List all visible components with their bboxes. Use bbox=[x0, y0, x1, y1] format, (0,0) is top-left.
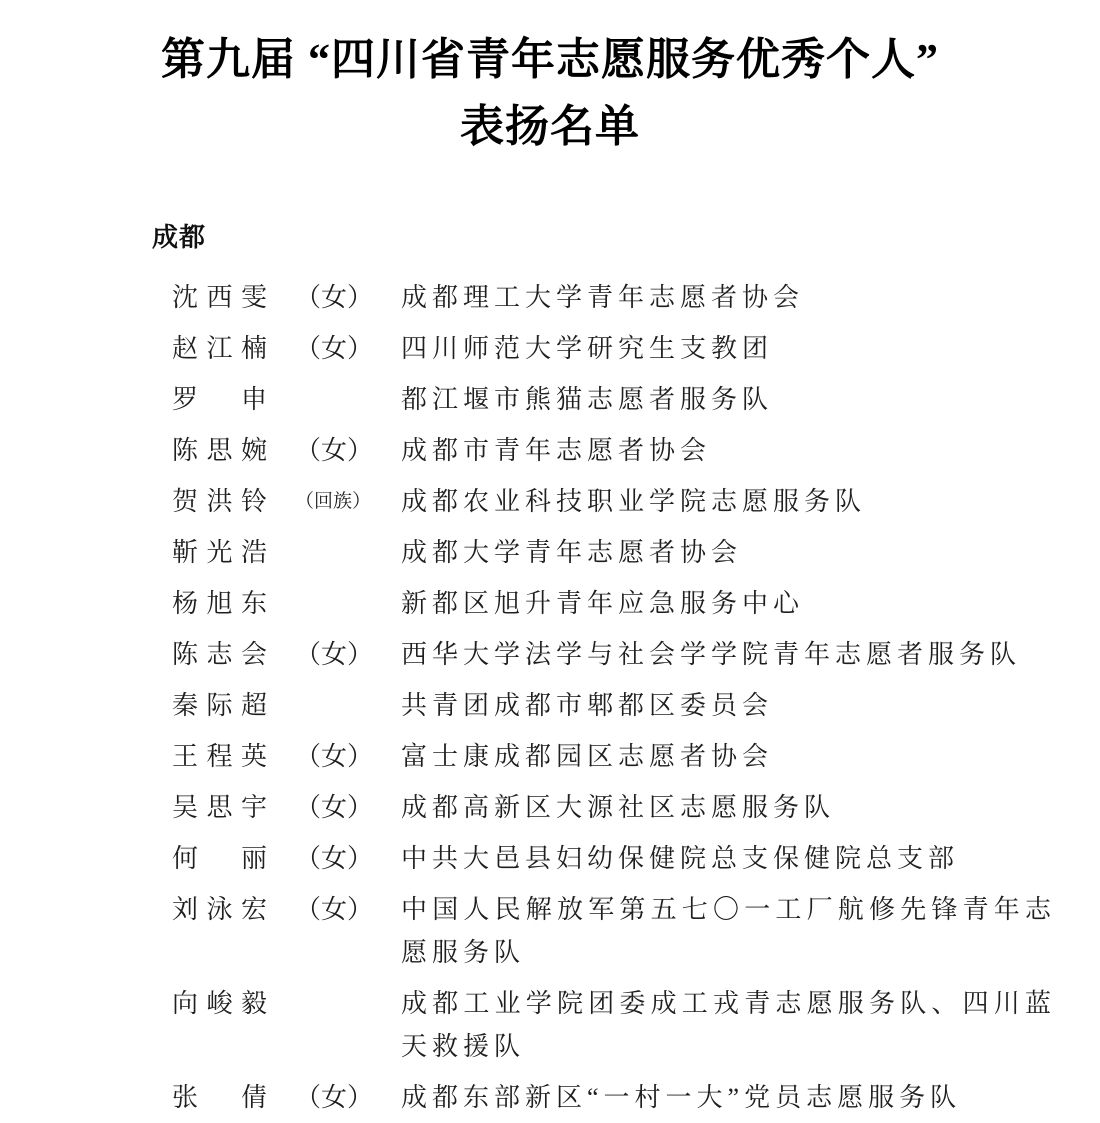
person-name: 赵江楠 bbox=[172, 327, 267, 370]
person-name: 张倩 bbox=[172, 1076, 267, 1119]
gender-ethnicity-note: （女） bbox=[295, 735, 381, 778]
list-item: 陈思婉 （女） 成都市青年志愿者协会 bbox=[172, 429, 1060, 472]
list-item: 靳光浩 成都大学青年志愿者协会 bbox=[172, 531, 1060, 574]
list-item: 陈志会 （女） 西华大学法学与社会学学院青年志愿者服务队 bbox=[172, 633, 1060, 676]
organization: 成都市青年志愿者协会 bbox=[401, 429, 1056, 472]
person-name: 陈思婉 bbox=[172, 429, 267, 472]
gender-ethnicity-note: （女） bbox=[295, 888, 381, 931]
list-item: 张倩 （女） 成都东部新区“一村一大”党员志愿服务队 bbox=[172, 1076, 1060, 1119]
list-item: 贺洪铃 （回族） 成都农业科技职业学院志愿服务队 bbox=[172, 480, 1060, 523]
list-item: 吴思宇 （女） 成都高新区大源社区志愿服务队 bbox=[172, 786, 1060, 829]
gender-ethnicity-note: （女） bbox=[295, 276, 381, 319]
gender-ethnicity-note: （女） bbox=[295, 786, 381, 829]
document-body: 成都 沈西雯 （女） 成都理工大学青年志愿者协会 赵江楠 （女） 四川师范大学研… bbox=[0, 222, 1100, 1119]
page-title-line2: 表扬名单 bbox=[0, 93, 1100, 160]
list-item: 沈西雯 （女） 成都理工大学青年志愿者协会 bbox=[172, 276, 1060, 319]
organization: 成都理工大学青年志愿者协会 bbox=[401, 276, 1056, 319]
award-list: 沈西雯 （女） 成都理工大学青年志愿者协会 赵江楠 （女） 四川师范大学研究生支… bbox=[152, 276, 1060, 1119]
organization: 成都农业科技职业学院志愿服务队 bbox=[401, 480, 1056, 523]
gender-ethnicity-note: （女） bbox=[295, 429, 381, 472]
list-item: 罗申 都江堰市熊猫志愿者服务队 bbox=[172, 378, 1060, 421]
person-name: 刘泳宏 bbox=[172, 888, 267, 931]
list-item: 赵江楠 （女） 四川师范大学研究生支教团 bbox=[172, 327, 1060, 370]
organization: 共青团成都市郫都区委员会 bbox=[401, 684, 1056, 727]
person-name: 靳光浩 bbox=[172, 531, 267, 574]
organization: 中国人民解放军第五七〇一工厂航修先锋青年志愿服务队 bbox=[401, 888, 1056, 974]
gender-ethnicity-note: （女） bbox=[295, 837, 381, 880]
list-item: 何丽 （女） 中共大邑县妇幼保健院总支保健院总支部 bbox=[172, 837, 1060, 880]
gender-ethnicity-note: （女） bbox=[295, 327, 381, 370]
gender-ethnicity-note: （女） bbox=[295, 633, 381, 676]
list-item: 杨旭东 新都区旭升青年应急服务中心 bbox=[172, 582, 1060, 625]
list-item: 刘泳宏 （女） 中国人民解放军第五七〇一工厂航修先锋青年志愿服务队 bbox=[172, 888, 1060, 974]
organization: 新都区旭升青年应急服务中心 bbox=[401, 582, 1056, 625]
organization: 成都高新区大源社区志愿服务队 bbox=[401, 786, 1056, 829]
organization: 成都东部新区“一村一大”党员志愿服务队 bbox=[401, 1076, 1056, 1119]
gender-ethnicity-note: （回族） bbox=[295, 480, 381, 523]
list-item: 向峻毅 成都工业学院团委成工戎青志愿服务队、四川蓝天救援队 bbox=[172, 982, 1060, 1068]
person-name: 陈志会 bbox=[172, 633, 267, 676]
person-name: 吴思宇 bbox=[172, 786, 267, 829]
page-title: 第九届 “四川省青年志愿服务优秀个人” 表扬名单 bbox=[0, 26, 1100, 160]
list-item: 王程英 （女） 富士康成都园区志愿者协会 bbox=[172, 735, 1060, 778]
page-title-line1: 第九届 “四川省青年志愿服务优秀个人” bbox=[0, 26, 1100, 93]
organization: 中共大邑县妇幼保健院总支保健院总支部 bbox=[401, 837, 1056, 880]
organization: 西华大学法学与社会学学院青年志愿者服务队 bbox=[401, 633, 1056, 676]
person-name: 何丽 bbox=[172, 837, 267, 880]
organization: 都江堰市熊猫志愿者服务队 bbox=[401, 378, 1056, 421]
person-name: 秦际超 bbox=[172, 684, 267, 727]
organization: 成都大学青年志愿者协会 bbox=[401, 531, 1056, 574]
person-name: 王程英 bbox=[172, 735, 267, 778]
section-header-chengdu: 成都 bbox=[152, 222, 1060, 252]
person-name: 沈西雯 bbox=[172, 276, 267, 319]
person-name: 向峻毅 bbox=[172, 982, 267, 1025]
person-name: 杨旭东 bbox=[172, 582, 267, 625]
list-item: 秦际超 共青团成都市郫都区委员会 bbox=[172, 684, 1060, 727]
person-name: 罗申 bbox=[172, 378, 267, 421]
gender-ethnicity-note: （女） bbox=[295, 1076, 381, 1119]
person-name: 贺洪铃 bbox=[172, 480, 267, 523]
organization: 富士康成都园区志愿者协会 bbox=[401, 735, 1056, 778]
organization: 四川师范大学研究生支教团 bbox=[401, 327, 1056, 370]
organization: 成都工业学院团委成工戎青志愿服务队、四川蓝天救援队 bbox=[401, 982, 1056, 1068]
